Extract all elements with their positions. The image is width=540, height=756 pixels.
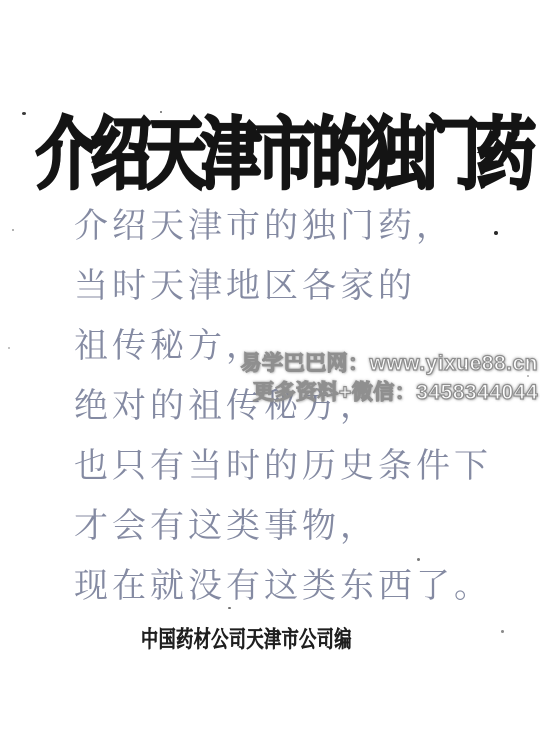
- scan-speck: [228, 607, 231, 609]
- page-title-calligraphy: 介绍天津市的独门药: [36, 112, 540, 198]
- scan-speck: [494, 231, 498, 235]
- watermark-site-line: 易学巴巴网：www.yixue88.cn: [241, 349, 538, 378]
- scan-speck: [8, 347, 10, 349]
- body-line-7: 现在就没有这类东西了。: [74, 556, 492, 616]
- body-line-5: 也只有当时的历史条件下: [74, 436, 492, 496]
- body-line-1: 介绍天津市的独门药，: [74, 196, 492, 256]
- publisher-credit: 中国药材公司天津市公司编: [141, 622, 352, 655]
- scan-speck: [501, 630, 504, 633]
- scan-speck: [12, 229, 14, 231]
- watermark-contact-line: 更多资料+微信：3458344044: [241, 378, 538, 407]
- scanned-document-page: 介绍天津市的独门药 介绍天津市的独门药， 当时天津地区各家的 祖传秘方， 绝对的…: [0, 0, 540, 756]
- scan-speck: [417, 558, 420, 561]
- body-line-6: 才会有这类事物，: [74, 496, 492, 556]
- scan-speck: [22, 112, 26, 115]
- body-line-2: 当时天津地区各家的: [74, 256, 492, 316]
- site-watermark: 易学巴巴网：www.yixue88.cn 更多资料+微信：3458344044: [241, 349, 538, 407]
- scan-speck: [160, 111, 162, 113]
